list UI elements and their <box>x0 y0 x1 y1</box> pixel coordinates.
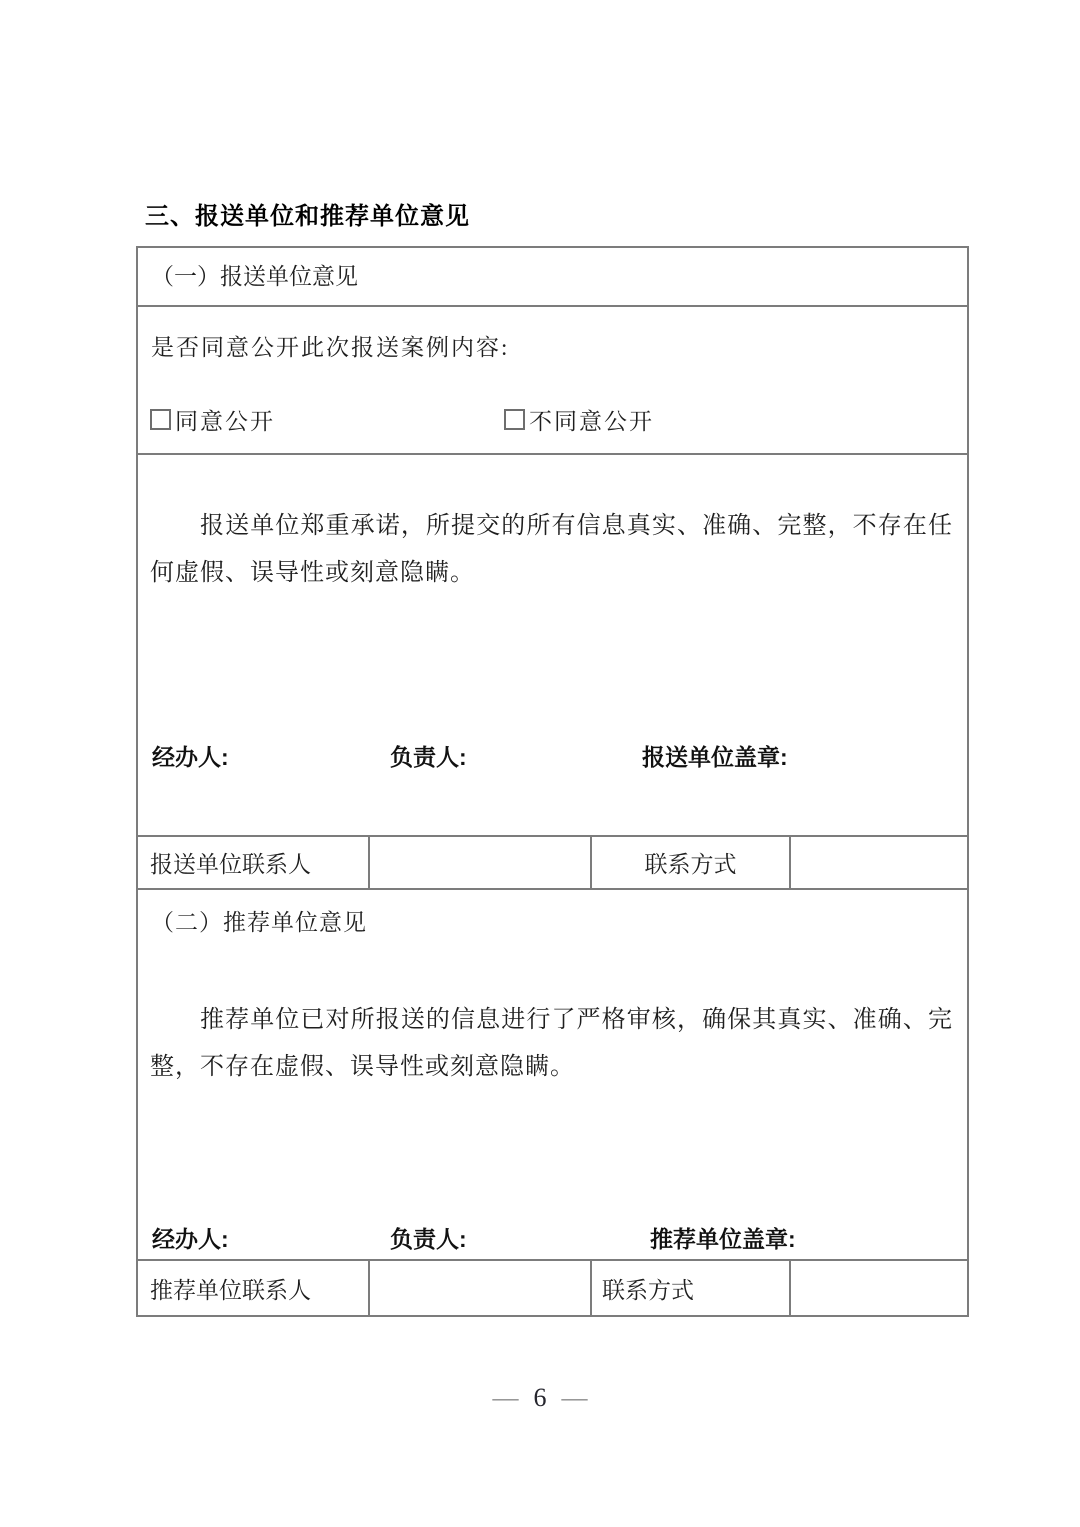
submitting-signer-line: 经办人: 负责人: 报送单位盖章: <box>138 739 967 771</box>
opinion-table: （一）报送单位意见 是否同意公开此次报送案例内容: 同意公开 不同意公开 报送单… <box>136 246 969 1317</box>
disagree-public-label: 不同意公开 <box>529 403 654 436</box>
footer-left-dash: — <box>493 1383 519 1413</box>
review-statement: 推荐单位已对所报送的信息进行了严格审核，确保其真实、准确、完整，不存在虚假、误导… <box>150 997 953 1091</box>
recommending-unit-opinion-title: （二）推荐单位意见 <box>138 890 967 937</box>
recommending-signer-line: 经办人: 负责人: 推荐单位盖章: <box>138 1221 967 1253</box>
responsible-person-label: 负责人: <box>390 1221 467 1254</box>
agree-public-option[interactable]: 同意公开 <box>150 403 275 436</box>
recommending-contact-row: 推荐单位联系人 联系方式 <box>138 1261 967 1315</box>
submitting-contact-method-field[interactable] <box>789 837 967 888</box>
submitting-unit-seal-label: 报送单位盖章: <box>642 739 788 772</box>
footer-right-dash: — <box>562 1383 588 1413</box>
submitting-contact-person-field[interactable] <box>368 837 590 888</box>
recommending-contact-person-label: 推荐单位联系人 <box>138 1261 368 1315</box>
page-number: 6 <box>534 1383 547 1413</box>
recommending-contact-method-field[interactable] <box>789 1261 967 1315</box>
submitting-contact-row: 报送单位联系人 联系方式 <box>138 837 967 890</box>
disagree-public-option[interactable]: 不同意公开 <box>504 403 654 436</box>
responsible-person-label: 负责人: <box>390 739 467 772</box>
agree-public-label: 同意公开 <box>175 403 275 436</box>
recommending-contact-person-field[interactable] <box>368 1261 590 1315</box>
publicity-consent-row: 是否同意公开此次报送案例内容: 同意公开 不同意公开 <box>138 307 967 455</box>
publicity-checkbox-line: 同意公开 不同意公开 <box>138 403 967 437</box>
submitting-unit-commitment-row: 报送单位郑重承诺，所提交的所有信息真实、准确、完整，不存在任何虚假、误导性或刻意… <box>138 503 967 837</box>
section-heading: 三、报送单位和推荐单位意见 <box>145 196 470 231</box>
submitting-unit-opinion-title: （一）报送单位意见 <box>151 264 358 289</box>
submitting-unit-opinion-title-row: （一）报送单位意见 <box>138 248 967 307</box>
page-footer: — 6 — <box>0 1383 1080 1413</box>
handler-label: 经办人: <box>152 1221 229 1254</box>
submitting-contact-method-label: 联系方式 <box>590 837 789 888</box>
recommending-unit-seal-label: 推荐单位盖章: <box>650 1221 796 1254</box>
recommending-unit-opinion-row: （二）推荐单位意见 推荐单位已对所报送的信息进行了严格审核，确保其真实、准确、完… <box>138 890 967 1261</box>
agree-public-checkbox[interactable] <box>150 409 171 430</box>
handler-label: 经办人: <box>152 739 229 772</box>
disagree-public-checkbox[interactable] <box>504 409 525 430</box>
recommending-contact-method-label: 联系方式 <box>590 1261 789 1315</box>
submitting-contact-person-label: 报送单位联系人 <box>138 837 368 888</box>
commitment-statement: 报送单位郑重承诺，所提交的所有信息真实、准确、完整，不存在任何虚假、误导性或刻意… <box>150 503 953 597</box>
publicity-question: 是否同意公开此次报送案例内容: <box>138 307 967 362</box>
